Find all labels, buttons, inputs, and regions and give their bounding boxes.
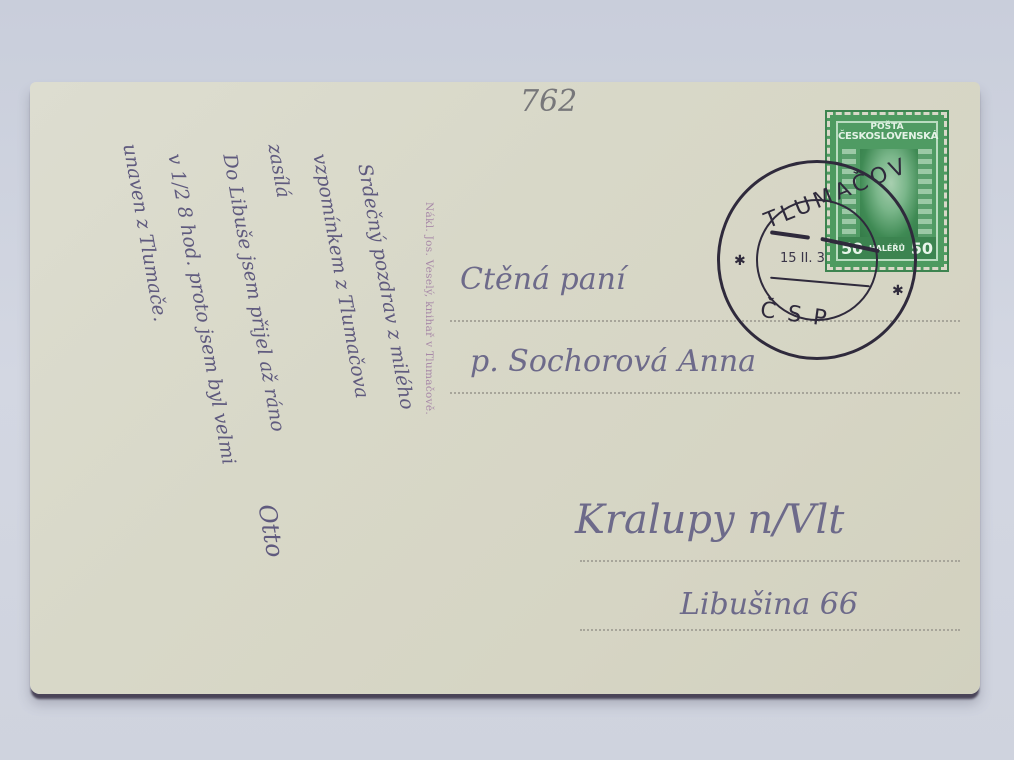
star-icon: ✱ bbox=[734, 253, 746, 269]
signature: Otto bbox=[252, 502, 289, 559]
message-line: unaven z Tlumače. bbox=[118, 142, 171, 323]
catalog-number: 762 bbox=[520, 84, 577, 119]
address-street: Libušina 66 bbox=[680, 587, 858, 622]
handwritten-message: Srdečný pozdrav z milého vzpomínkem z Tl… bbox=[45, 112, 405, 692]
postmark-cancellation: TLUMAČOV 15 II. 3 ✱ ✱ ČSP bbox=[717, 160, 917, 360]
postcard-back: 762 Srdečný pozdrav z milého vzpomínkem … bbox=[30, 82, 980, 694]
address-line-rule bbox=[580, 560, 960, 562]
laurel-icon bbox=[918, 149, 932, 241]
address-line-rule bbox=[450, 392, 960, 394]
message-line: zasílá bbox=[263, 142, 294, 200]
address-town: Kralupy n/Vlt bbox=[575, 497, 844, 543]
star-icon: ✱ bbox=[892, 283, 904, 299]
stamp-country: POŠTA ČESKOSLOVENSKÁ bbox=[838, 123, 936, 142]
postmark-date: 15 II. 3 bbox=[780, 251, 825, 266]
address-salutation: Ctěná paní bbox=[460, 262, 626, 297]
address-line-rule bbox=[580, 629, 960, 631]
publisher-imprint: Nákl. Jos. Veselý, knihař v Tlumačově. bbox=[415, 202, 435, 622]
address-recipient: p. Sochorová Anna bbox=[470, 344, 756, 379]
